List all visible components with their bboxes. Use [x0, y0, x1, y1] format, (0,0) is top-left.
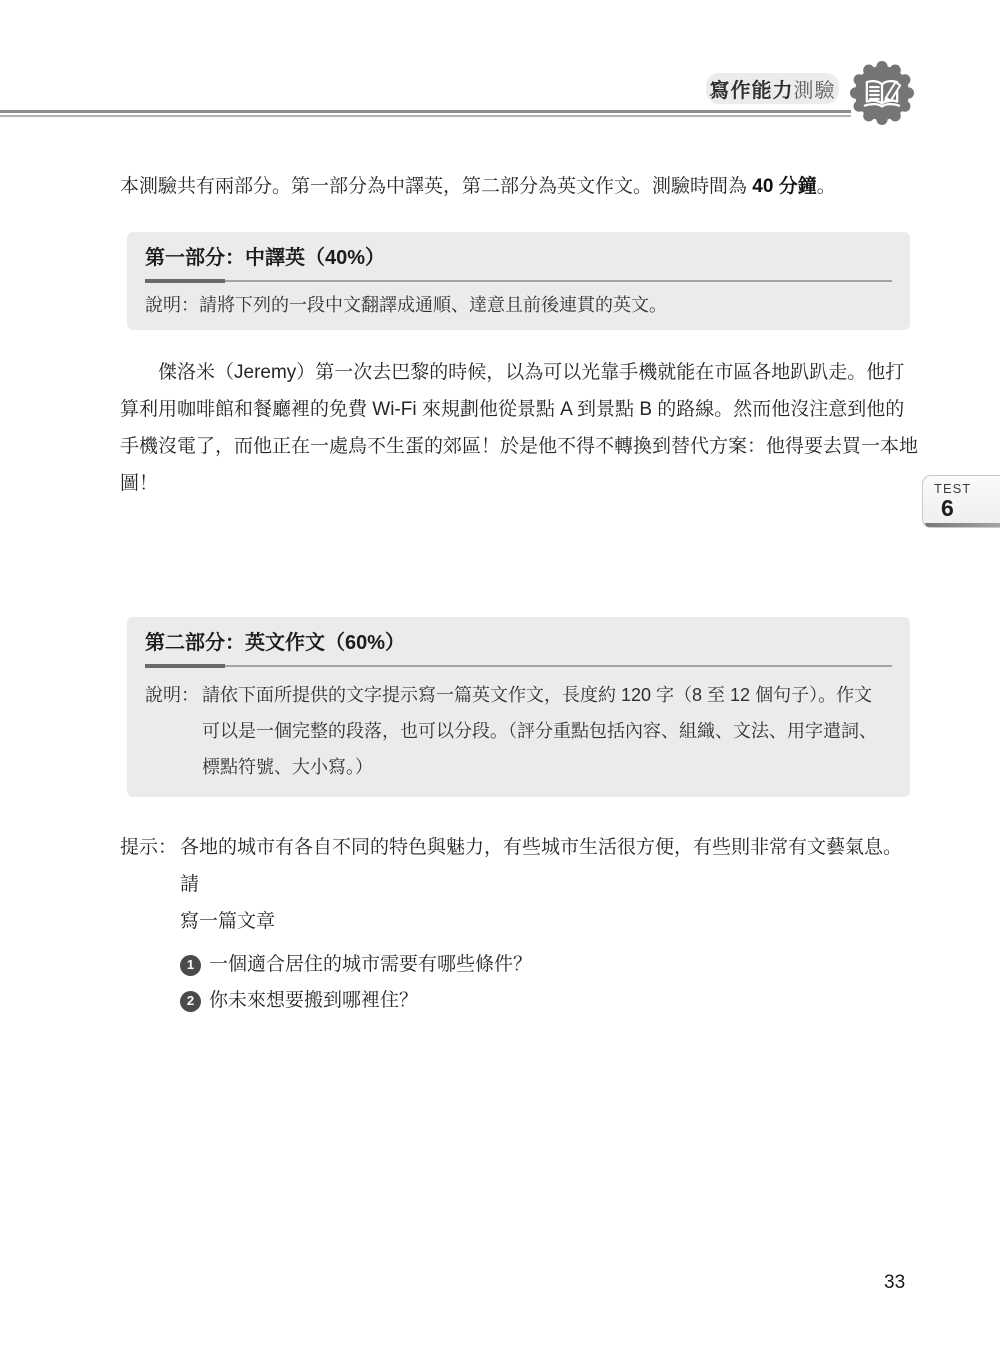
part2-section-box: 第二部分：英文作文（60%） 說明： 請依下面所提供的文字提示寫一篇英文作文，長…	[127, 617, 910, 797]
part2-instruction-line: 請依下面所提供的文字提示寫一篇英文作文，長度約 120 字（8 至 12 個句子…	[202, 677, 892, 713]
hint-questions: 1 一個適合居住的城市需要有哪些條件？ 2 你未來想要搬到哪裡住？	[180, 947, 920, 1019]
question-text: 一個適合居住的城市需要有哪些條件？	[209, 947, 532, 983]
header-title-light: 測驗	[794, 74, 836, 103]
part1-title: 第一部分：中譯英（40%）	[145, 245, 892, 271]
hint-label: 提示：	[120, 829, 180, 1019]
part2-title: 第二部分：英文作文（60%）	[145, 630, 892, 656]
part2-instruction-line: 標點符號、大小寫。）	[202, 749, 892, 785]
translation-passage: 傑洛米（Jeremy）第一次去巴黎的時候，以為可以光靠手機就能在市區各地趴趴走。…	[120, 354, 920, 502]
hint-block: 提示： 各地的城市有各自不同的特色與魅力，有些城市生活很方便，有些則非常有文藝氣…	[120, 829, 920, 1019]
question-text: 你未來想要搬到哪裡住？	[209, 983, 418, 1019]
test-tab-number: 6	[941, 495, 1000, 522]
hint-line: 寫一篇文章	[180, 903, 920, 940]
part2-divider	[145, 664, 892, 668]
part2-instruction-line: 可以是一個完整的段落，也可以分段。（評分重點包括內容、組織、文法、用字遣詞、	[202, 713, 892, 749]
book-pencil-badge-icon	[849, 60, 915, 126]
header-rule	[0, 110, 851, 117]
question-number-badge: 2	[180, 991, 201, 1012]
document-page: { "colors": { "badge_gray": "#757575", "…	[0, 0, 1000, 1369]
test-tab-label: TEST	[934, 481, 1000, 496]
test-6-tab: TEST 6	[922, 475, 1000, 528]
header-title-strong: 寫作能力	[710, 74, 794, 103]
passage-line: 傑洛米（Jeremy）第一次去巴黎的時候，以為可以光靠手機就能在市區各地趴趴走。…	[120, 354, 920, 391]
part1-divider	[145, 279, 892, 283]
main-content: 本測驗共有兩部分。第一部分為中譯英，第二部分為英文作文。測驗時間為 40 分鐘。…	[120, 0, 920, 1019]
part1-instruction: 說明：請將下列的一段中文翻譯成通順、達意且前後連貫的英文。	[145, 292, 892, 318]
part2-instruction: 說明： 請依下面所提供的文字提示寫一篇英文作文，長度約 120 字（8 至 12…	[145, 677, 892, 785]
passage-line: 手機沒電了，而他正在一處鳥不生蛋的郊區！於是他不得不轉換到替代方案：他得要去買一…	[120, 428, 920, 465]
question-item: 2 你未來想要搬到哪裡住？	[180, 983, 920, 1019]
part1-section-box: 第一部分：中譯英（40%） 說明：請將下列的一段中文翻譯成通順、達意且前後連貫的…	[127, 232, 910, 330]
header-section-label: 寫作能力測驗	[706, 73, 839, 104]
hint-line: 各地的城市有各自不同的特色與魅力，有些城市生活很方便，有些則非常有文藝氣息。請	[180, 829, 920, 903]
intro-duration-bold: 40 分鐘	[752, 176, 816, 197]
intro-text-after: 。	[817, 176, 836, 197]
part2-instruction-label: 說明：	[145, 677, 202, 785]
passage-line: 算利用咖啡館和餐廳裡的免費 Wi-Fi 來規劃他從景點 A 到景點 B 的路線。…	[120, 391, 920, 428]
question-number-badge: 1	[180, 955, 201, 976]
page-number: 33	[884, 1272, 905, 1294]
intro-paragraph: 本測驗共有兩部分。第一部分為中譯英，第二部分為英文作文。測驗時間為 40 分鐘。	[120, 173, 920, 200]
passage-line: 圖！	[120, 465, 920, 502]
intro-text-before: 本測驗共有兩部分。第一部分為中譯英，第二部分為英文作文。測驗時間為	[120, 176, 752, 197]
question-item: 1 一個適合居住的城市需要有哪些條件？	[180, 947, 920, 983]
